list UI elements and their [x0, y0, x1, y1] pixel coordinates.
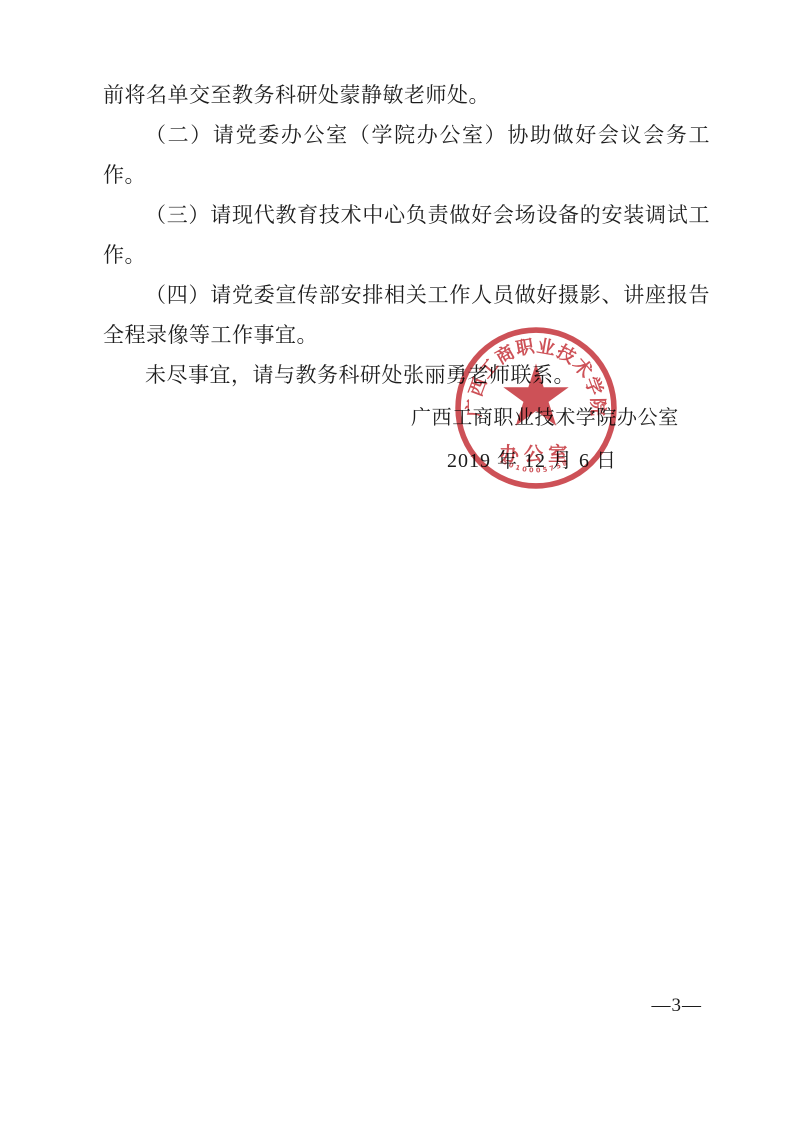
- body-text: 前将名单交至教务科研处蒙静敏老师处。 （二）请党委办公室（学院办公室）协助做好会…: [103, 75, 710, 395]
- document-page: 前将名单交至教务科研处蒙静敏老师处。 （二）请党委办公室（学院办公室）协助做好会…: [0, 0, 794, 1123]
- signature-date: 2019 年 12 月 6 日: [447, 444, 617, 473]
- paragraph-item-3: （三）请现代教育技术中心负责做好会场设备的安装调试工作。: [103, 195, 710, 275]
- page-number: —3—: [652, 995, 703, 1017]
- paragraph-closing: 未尽事宜，请与教务科研处张丽勇老师联系。: [103, 355, 710, 395]
- paragraph-item-2: （二）请党委办公室（学院办公室）协助做好会议会务工作。: [103, 115, 710, 195]
- signature-organization: 广西工商职业技术学院办公室: [411, 401, 679, 430]
- paragraph-continuation: 前将名单交至教务科研处蒙静敏老师处。: [103, 75, 710, 115]
- paragraph-item-4: （四）请党委宣传部安排相关工作人员做好摄影、讲座报告全程录像等工作事宜。: [103, 275, 710, 355]
